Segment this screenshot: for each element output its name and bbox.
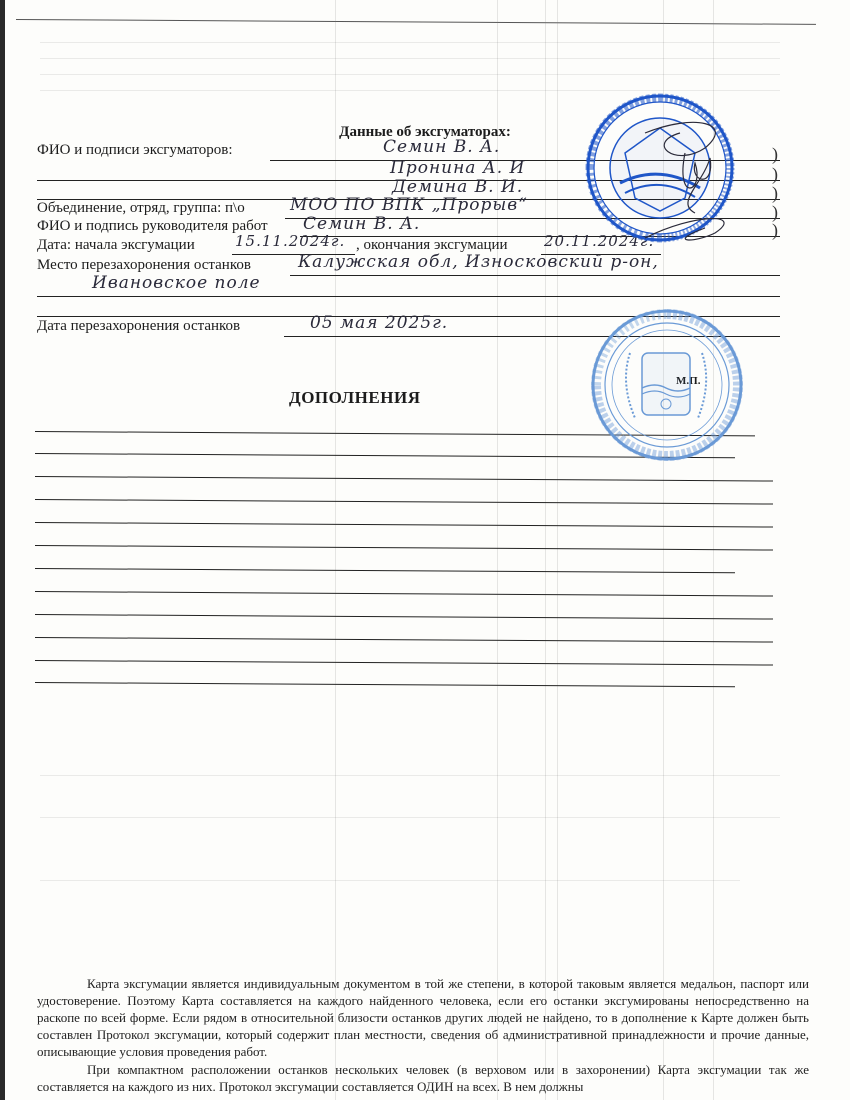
instructions-paragraph-1: Карта эксгумации является индивидуальным…: [37, 975, 809, 1060]
scan-edge: [0, 0, 5, 1100]
unit-value: МОО ПО ВПК „Прорыв“: [290, 195, 528, 215]
scan-artifact: [40, 880, 740, 881]
unit-label: Объединение, отряд, группа: п\о: [37, 200, 245, 217]
date-start-label: Дата: начала эксгумации: [37, 237, 195, 254]
leader-value: Семин В. А.: [303, 214, 420, 234]
scan-artifact: [40, 74, 780, 75]
instructions-text: Карта эксгумации является индивидуальным…: [37, 975, 809, 1095]
exhumers-label: ФИО и подписи эксгуматоров:: [37, 142, 233, 159]
additions-heading: ДОПОЛНЕНИЯ: [289, 388, 420, 408]
instructions-paragraph-2: При компактном расположении останков нес…: [37, 1061, 809, 1095]
leader-label: ФИО и подпись руководителя работ: [37, 218, 268, 235]
administration-stamp: [590, 308, 745, 463]
scan-artifact: [545, 0, 546, 1100]
reburial-place-label: Место перезахоронения останков: [37, 257, 251, 274]
signature-bracket: ): [772, 183, 778, 204]
exhumer-name-2: Пронина А. И: [390, 158, 525, 178]
reburial-date-value: 05 мая 2025г.: [310, 313, 448, 333]
signature-bracket: ): [772, 164, 778, 185]
scan-artifact: [40, 58, 780, 59]
exhumer-name-3: Демина В. И.: [392, 177, 523, 197]
reburial-place-line-2: [37, 296, 780, 297]
additions-line: [35, 682, 735, 687]
organization-stamp: [585, 93, 735, 243]
scan-artifact: [557, 0, 558, 1100]
reburial-place-line-1: [290, 275, 780, 276]
scan-artifact: [40, 90, 780, 91]
top-rule: [16, 19, 816, 25]
signature-bracket: ): [772, 144, 778, 165]
reburial-place-value-1: Калужская обл, Износковский р-он,: [298, 252, 659, 272]
date-start-value: 15.11.2024г.: [235, 232, 345, 250]
scan-artifact: [335, 0, 336, 1100]
signature-bracket: ): [772, 220, 778, 241]
reburial-place-value-2: Ивановское поле: [92, 273, 261, 293]
scan-artifact: [40, 775, 780, 776]
scan-artifact: [40, 817, 780, 818]
exhumer-name-1: Семин В. А.: [383, 137, 500, 157]
additions-line: [35, 568, 735, 573]
reburial-date-label: Дата перезахоронения останков: [37, 318, 240, 335]
scan-artifact: [40, 42, 780, 43]
